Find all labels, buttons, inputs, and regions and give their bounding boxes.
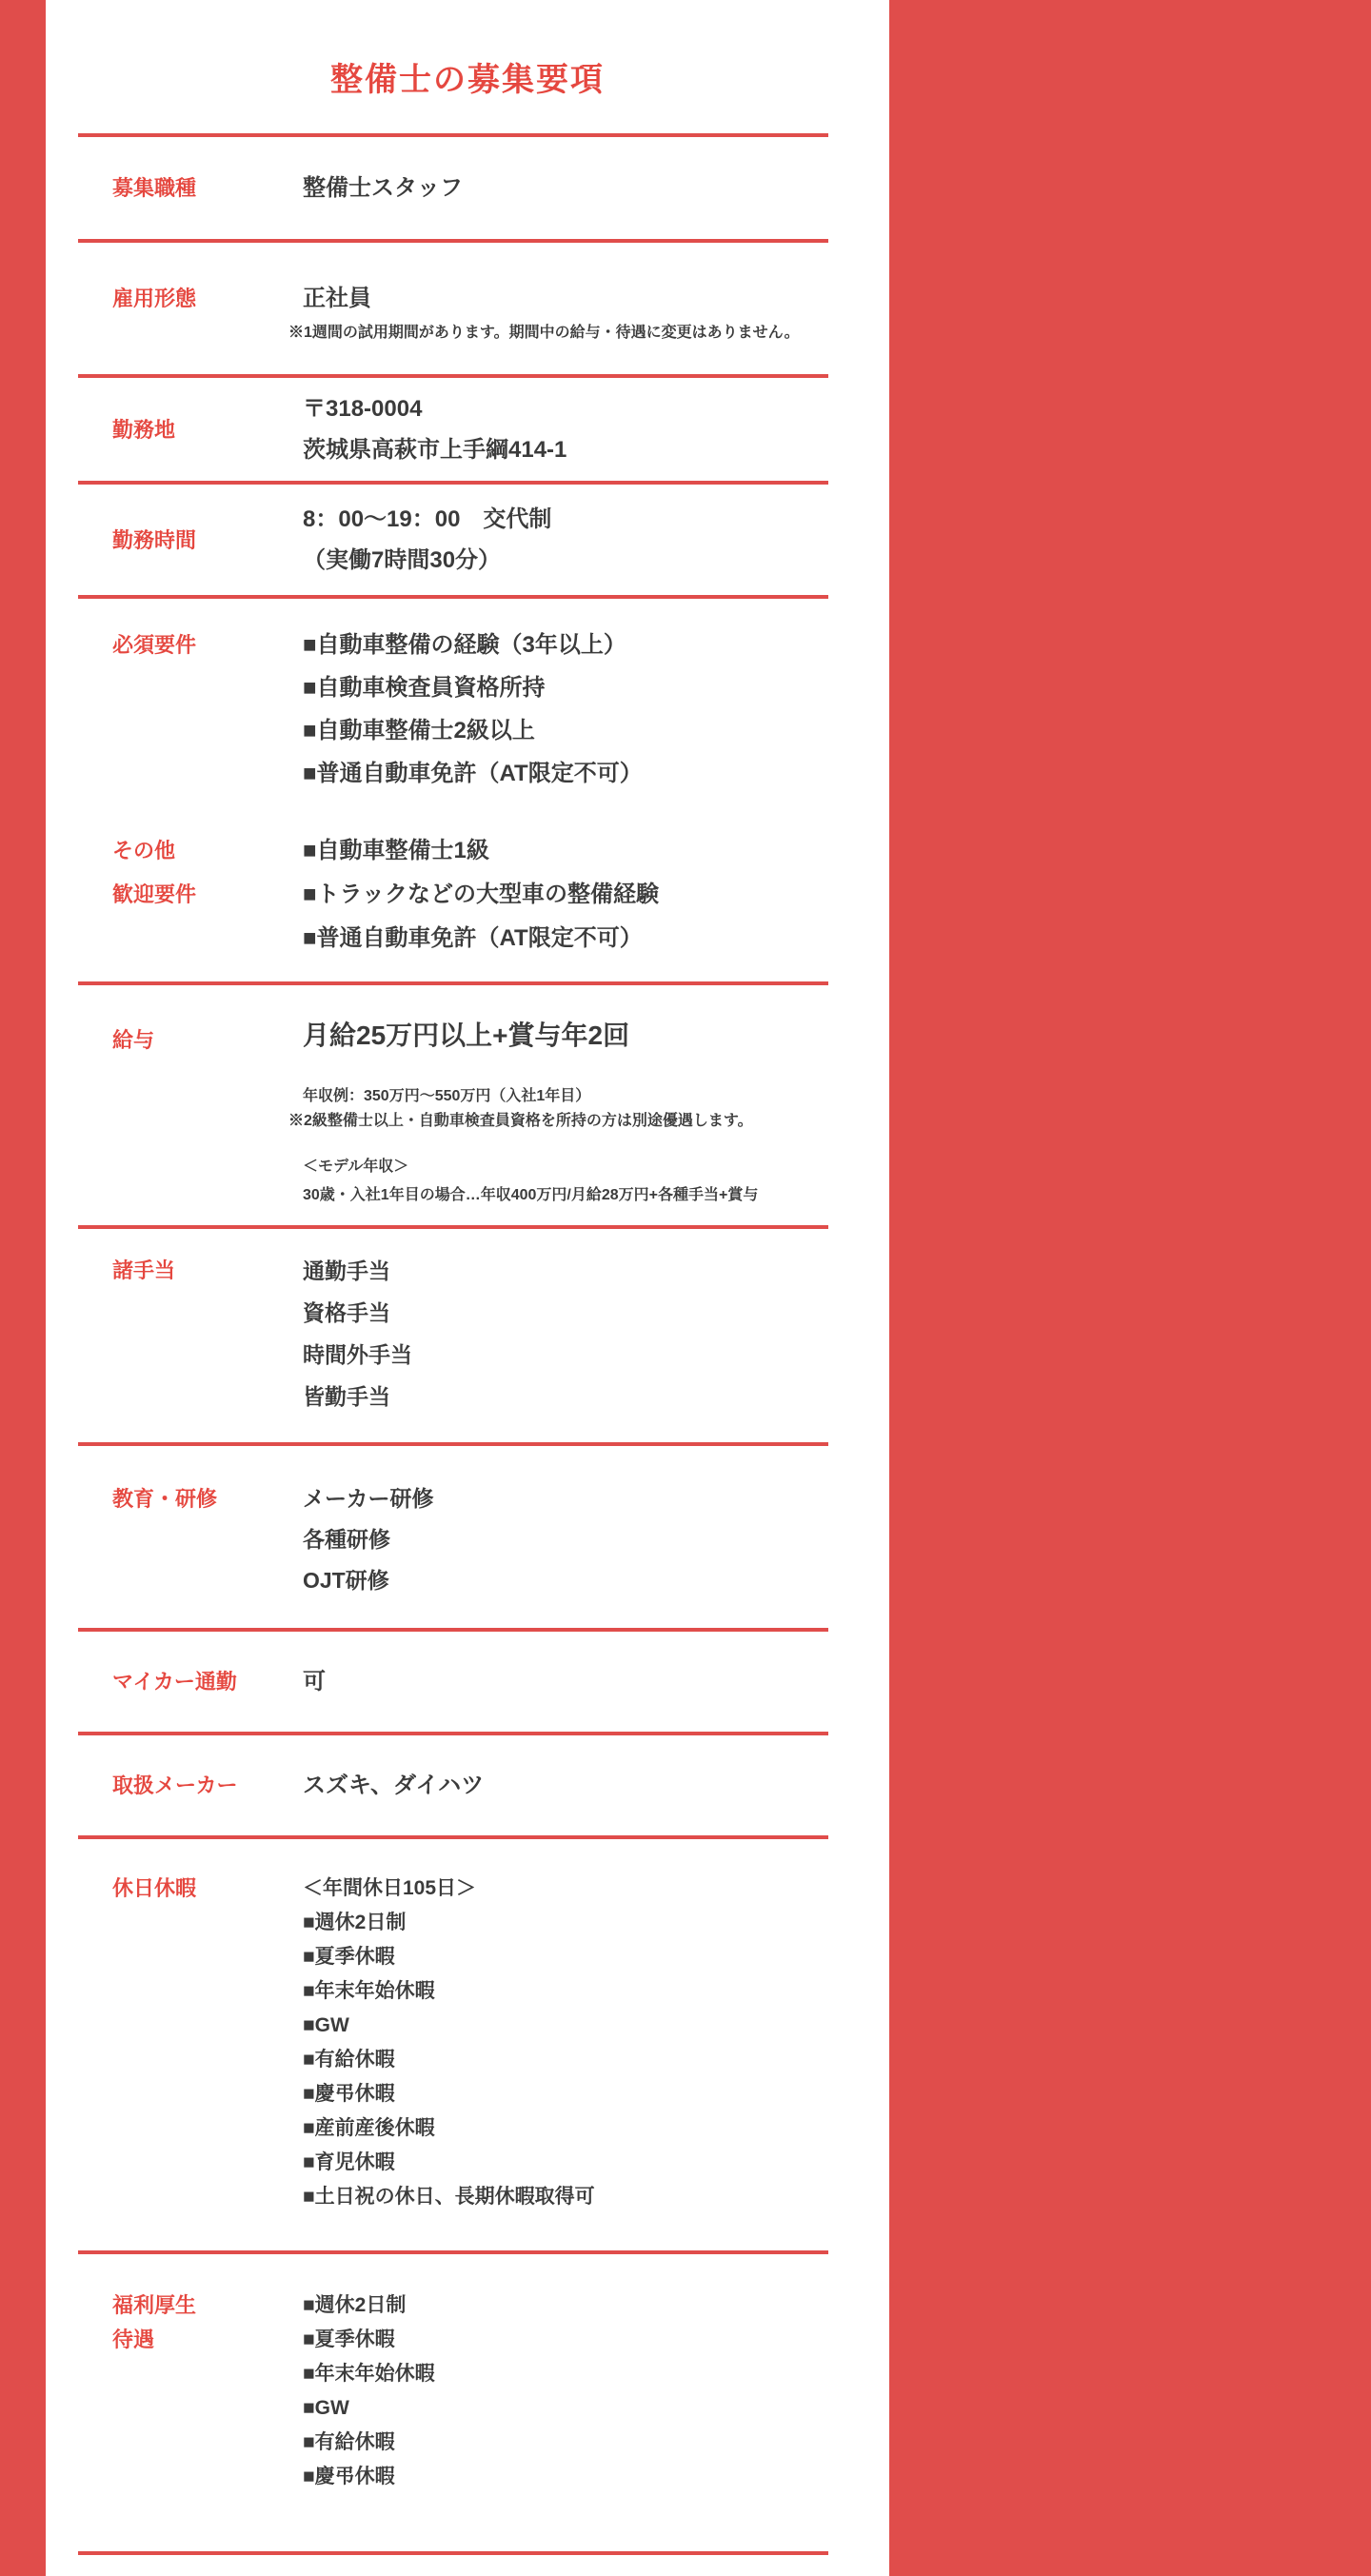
value-line: 時間外手当 [303,1334,828,1376]
section-benefits: 福利厚生 待遇 ■週休2日制 ■夏季休暇 ■年末年始休暇 ■GW ■有給休暇 ■… [78,2250,828,2551]
section-salary: 給与 月給25万円以上+賞与年2回 年収例：350万円～550万円（入社1年目）… [78,981,828,1225]
section-label: マイカー通勤 [112,1661,303,1702]
label-line: 歓迎要件 [112,873,303,917]
value-line: 正社員 [303,285,828,313]
salary-note: 30歳・入社1年目の場合…年収400万円/月給28万円+各種手当+賞与 [303,1181,828,1210]
section-value: 〒318-0004 茨城県高萩市上手綱414-1 [303,388,828,470]
value-line: ■産前産後休暇 [303,2111,828,2146]
section-value: 8：00～19：00 交代制 （実働7時間30分） [303,499,828,581]
section-allowances: 諸手当 通勤手当 資格手当 時間外手当 皆勤手当 [78,1225,828,1442]
section-required: 必須要件 ■自動車整備の経験（3年以上） ■自動車検査員資格所持 ■自動車整備士… [78,624,828,795]
value-line: ■年末年始休暇 [303,1974,828,2009]
value-line: ■GW [303,2391,828,2426]
value-line: ■GW [303,2009,828,2043]
value-line: 各種研修 [303,1519,828,1560]
label-line: 待遇 [112,2323,303,2357]
value-line: スズキ、ダイハツ [303,1765,828,1806]
section-work-location: 勤務地 〒318-0004 茨城県高萩市上手綱414-1 [78,374,828,481]
job-details-table: 募集職種 整備士スタッフ 雇用形態 正社員 ※1週間の試用期間があります。期間中… [78,133,828,2555]
value-note: ※1週間の試用期間があります。期間中の給与・待遇に変更はありません。 [288,321,828,346]
section-label: 勤務地 [112,409,303,450]
section-label: 取扱メーカー [112,1765,303,1806]
section-value: スズキ、ダイハツ [303,1765,828,1806]
section-value: 通勤手当 資格手当 時間外手当 皆勤手当 [303,1250,828,1417]
section-label: 諸手当 [112,1250,303,1292]
salary-note: ※2級整備士以上・自動車検査員資格を所持の方は別途優遇します。 [288,1109,828,1134]
section-value: 可 [303,1661,828,1702]
salary-model-income: ＜モデル年収＞ 30歳・入社1年目の場合…年収400万円/月給28万円+各種手当… [303,1153,828,1210]
value-line: ■週休2日制 [303,2289,828,2323]
salary-note: 年収例：350万円～550万円（入社1年目） [303,1084,828,1109]
value-line: メーカー研修 [303,1478,828,1519]
section-job-type: 募集職種 整備士スタッフ [78,133,828,239]
value-line: 可 [303,1661,828,1702]
value-line: 整備士スタッフ [303,168,828,208]
value-line: ■年末年始休暇 [303,2357,828,2391]
salary-notes: 年収例：350万円～550万円（入社1年目） ※2級整備士以上・自動車検査員資格… [303,1084,828,1134]
section-value: ■自動車整備の経験（3年以上） ■自動車検査員資格所持 ■自動車整備士2級以上 … [303,624,828,795]
section-label: 雇用形態 [112,285,303,313]
section-label: 必須要件 [112,624,303,666]
section-value: ■自動車整備士1級 ■トラックなどの大型車の整備経験 ■普通自動車免許（AT限定… [303,829,828,961]
section-training: 教育・研修 メーカー研修 各種研修 OJT研修 [78,1442,828,1628]
section-value: 月給25万円以上+賞与年2回 年収例：350万円～550万円（入社1年目） ※2… [303,1020,828,1210]
value-line: ■自動車整備士1級 [303,829,828,873]
value-line: 通勤手当 [303,1250,828,1292]
section-label: 募集職種 [112,168,303,208]
section-label: 休日休暇 [112,1872,303,1906]
value-line: ■普通自動車免許（AT限定不可） [303,752,828,795]
value-line: ■トラックなどの大型車の整備経験 [303,873,828,917]
value-line: 皆勤手当 [303,1376,828,1417]
section-welcome-requirements: その他 歓迎要件 ■自動車整備士1級 ■トラックなどの大型車の整備経験 ■普通自… [78,829,828,961]
value-line: ■夏季休暇 [303,1940,828,1974]
section-requirements-group: 必須要件 ■自動車整備の経験（3年以上） ■自動車検査員資格所持 ■自動車整備士… [78,595,828,981]
section-value: ＜年間休日105日＞ ■週休2日制 ■夏季休暇 ■年末年始休暇 ■GW ■有給休… [303,1872,828,2214]
postal-code: 〒318-0004 [303,388,828,429]
value-line: ■自動車整備の経験（3年以上） [303,624,828,666]
section-work-hours: 勤務時間 8：00～19：00 交代制 （実働7時間30分） [78,481,828,595]
value-line: ■自動車検査員資格所持 [303,666,828,709]
value-line: OJT研修 [303,1560,828,1601]
value-line: （実働7時間30分） [303,540,828,581]
section-label: 福利厚生 待遇 [112,2289,303,2357]
section-value: 正社員 ※1週間の試用期間があります。期間中の給与・待遇に変更はありません。 [303,285,828,346]
value-line: 8：00～19：00 交代制 [303,499,828,540]
job-posting-card: 整備士の募集要項 募集職種 整備士スタッフ 雇用形態 正社員 ※1週間の試用期間… [46,0,889,2576]
section-label: その他 歓迎要件 [112,829,303,917]
value-line: ■有給休暇 [303,2426,828,2460]
salary-main: 月給25万円以上+賞与年2回 [303,1020,828,1052]
section-value: 整備士スタッフ [303,168,828,208]
section-label: 勤務時間 [112,520,303,561]
address: 茨城県高萩市上手綱414-1 [303,429,828,470]
value-line: ■慶弔休暇 [303,2077,828,2111]
value-line: 資格手当 [303,1292,828,1334]
section-label: 給与 [112,1020,303,1060]
page-title: 整備士の募集要項 [46,0,889,133]
recruitment-flyer-page: 整備士の募集要項 募集職種 整備士スタッフ 雇用形態 正社員 ※1週間の試用期間… [0,0,1371,2576]
value-line: ■有給休暇 [303,2043,828,2077]
value-line: ■慶弔休暇 [303,2460,828,2494]
section-value: ■週休2日制 ■夏季休暇 ■年末年始休暇 ■GW ■有給休暇 ■慶弔休暇 [303,2289,828,2494]
value-line: ■育児休暇 [303,2146,828,2180]
value-line: ■週休2日制 [303,1906,828,1940]
salary-note: ＜モデル年収＞ [303,1153,828,1181]
section-value: メーカー研修 各種研修 OJT研修 [303,1478,828,1601]
section-car-commute: マイカー通勤 可 [78,1628,828,1732]
value-line: ■夏季休暇 [303,2323,828,2357]
value-line: ■普通自動車免許（AT限定不可） [303,917,828,961]
value-line: ■土日祝の休日、長期休暇取得可 [303,2180,828,2214]
section-car-makers: 取扱メーカー スズキ、ダイハツ [78,1732,828,1835]
section-employment-type: 雇用形態 正社員 ※1週間の試用期間があります。期間中の給与・待遇に変更はありま… [78,239,828,374]
value-line: ＜年間休日105日＞ [303,1872,828,1906]
value-line: ■自動車整備士2級以上 [303,709,828,752]
section-holidays: 休日休暇 ＜年間休日105日＞ ■週休2日制 ■夏季休暇 ■年末年始休暇 ■GW… [78,1835,828,2250]
section-label: 教育・研修 [112,1478,303,1519]
label-line: その他 [112,829,303,873]
label-line: 福利厚生 [112,2289,303,2323]
